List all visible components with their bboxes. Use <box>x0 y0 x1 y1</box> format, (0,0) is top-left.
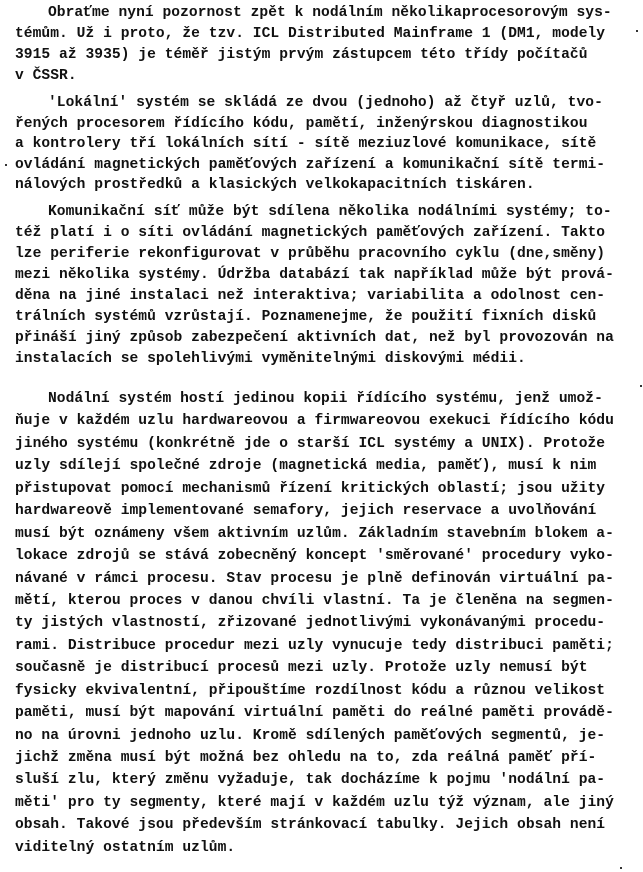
scanned-document-page: Obraťme nyní pozornost zpět k nodálním n… <box>0 0 643 872</box>
text-line: jiného systému (konkrétně jde o starší I… <box>15 433 635 455</box>
text-line: instalacích se spolehlivými vyměnitelným… <box>15 349 635 370</box>
text-line: nálových prostředků a klasických velkoka… <box>15 175 635 196</box>
text-line: jichž změna musí být možná bez ohledu na… <box>15 747 635 769</box>
text-line: lze periferie rekonfigurovat v průběhu p… <box>15 244 635 265</box>
text-line: paměti, musí být mapování virtuální pamě… <box>15 702 635 724</box>
text-line: musí být oznámeny všem aktivním uzlům. Z… <box>15 523 635 545</box>
text-line: hardwareově implementované semafory, jej… <box>15 500 635 522</box>
text-line: fysicky ekvivalentní, připouštíme rozdíl… <box>15 680 635 702</box>
scan-speck <box>620 867 622 869</box>
text-line: přináší jiný způsob zabezpečení aktivníc… <box>15 328 635 349</box>
text-line: obsah. Takové jsou především stránkovací… <box>15 814 635 836</box>
text-line: návané v rámci procesu. Stav procesu je … <box>15 568 635 590</box>
text-line: Obraťme nyní pozornost zpět k nodálním n… <box>15 3 635 24</box>
text-line: měti' pro ty segmenty, které mají v každ… <box>15 792 635 814</box>
text-line: přistupovat pomocí mechanismů řízení kri… <box>15 478 635 500</box>
text-line: sluší zlu, který změnu vyžaduje, tak doc… <box>15 769 635 791</box>
text-line: ty jistých vlastností, zřizované jednotl… <box>15 612 635 634</box>
text-line: viditelný ostatním uzlům. <box>15 837 635 859</box>
text-line: rami. Distribuce procedur mezi uzly vynu… <box>15 635 635 657</box>
paragraph-4: Nodální systém hostí jedinou kopii řídíc… <box>15 388 635 859</box>
text-line: mezi několika systémy. Údržba databází t… <box>15 265 635 286</box>
text-line: 3915 až 3935) je téměř jistým prvým zást… <box>15 45 635 66</box>
text-line: uzly sdílejí společné zdroje (magnetická… <box>15 455 635 477</box>
text-line: v ČSSR. <box>15 66 635 87</box>
text-line: a kontrolery tří lokálních sítí - sítě m… <box>15 134 635 155</box>
text-line: též platí i o síti ovládání magnetických… <box>15 223 635 244</box>
scan-speck <box>5 164 7 166</box>
scan-speck <box>636 30 638 32</box>
text-line: Nodální systém hostí jedinou kopii řídíc… <box>15 388 635 410</box>
text-line: řených procesorem řídícího kódu, pamětí,… <box>15 114 635 135</box>
text-line: současně je distribucí procesů mezi uzly… <box>15 657 635 679</box>
text-line: ovládání magnetických paměťových zařízen… <box>15 155 635 176</box>
paragraph-2: 'Lokální' systém se skládá ze dvou (jedn… <box>15 93 635 196</box>
paragraph-1: Obraťme nyní pozornost zpět k nodálním n… <box>15 3 635 87</box>
text-line: ňuje v každém uzlu hardwareovou a firmwa… <box>15 410 635 432</box>
text-line: lokace zdrojů se stává zobecněný koncept… <box>15 545 635 567</box>
text-line: děna na jiné instalaci než interaktiva; … <box>15 286 635 307</box>
text-line: 'Lokální' systém se skládá ze dvou (jedn… <box>15 93 635 114</box>
text-line: mětí, kterou proces v danou chvíli vlast… <box>15 590 635 612</box>
text-line: Komunikační síť může být sdílena několik… <box>15 202 635 223</box>
text-line: trálních systémů vzrůstají. Poznamenejme… <box>15 307 635 328</box>
paragraph-3: Komunikační síť může být sdílena několik… <box>15 202 635 370</box>
text-line: no na úrovni jednoho uzlu. Kromě sdílený… <box>15 725 635 747</box>
scan-speck <box>640 385 642 387</box>
text-line: témům. Už i proto, že tzv. ICL Distribut… <box>15 24 635 45</box>
